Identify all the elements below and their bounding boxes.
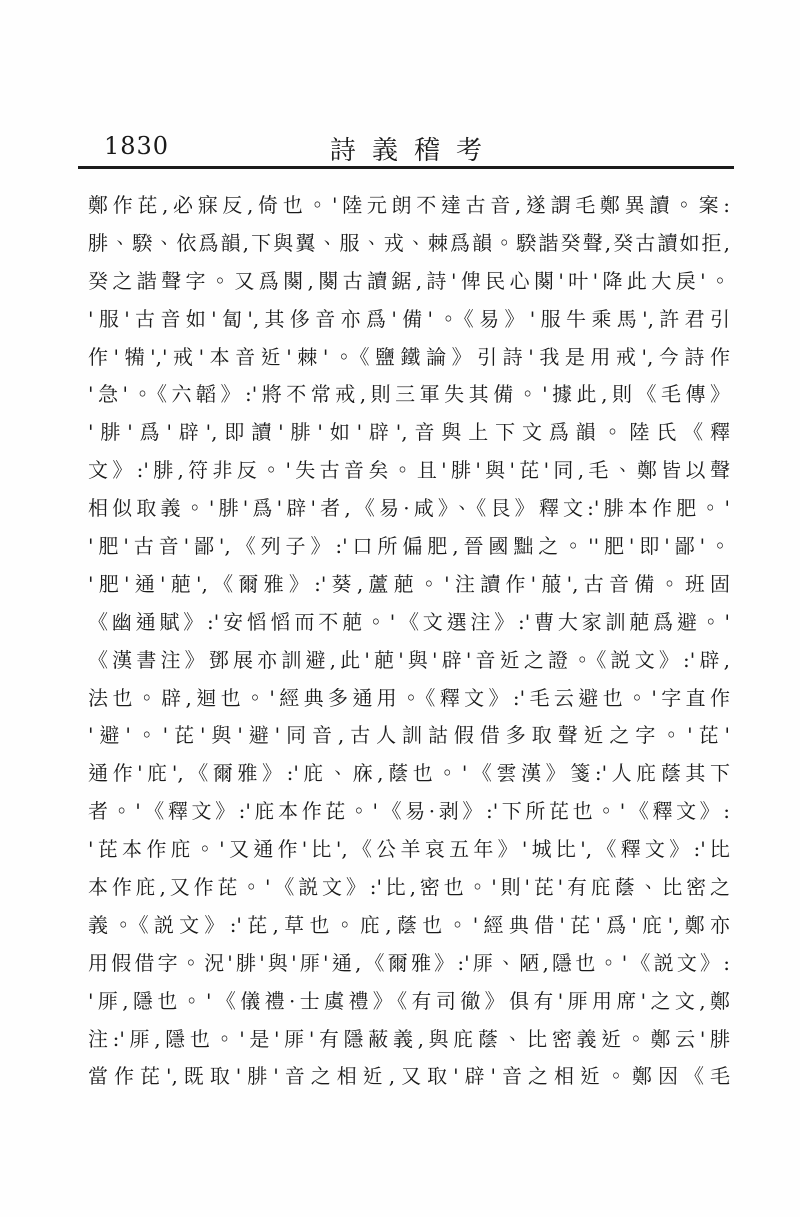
text-line: '肥'通'萉',《爾雅》:'葵,蘆萉。'注讀作'菔',古音備。班固 — [88, 566, 730, 604]
text-line: '急'。《六韜》:'將不常戒,則三軍失其備。'據此,則《毛傳》 — [88, 376, 730, 414]
header-rule — [78, 166, 734, 169]
text-line: 者。'《釋文》:'庇本作芘。'《易·剥》:'下所芘也。'《釋文》: — [88, 793, 730, 831]
text-line: 本作庇,又作芘。'《説文》:'比,密也。'則'芘'有庇蔭、比密之 — [88, 869, 730, 907]
text-line: 鄭作芘,必寐反,倚也。'陸元朗不達古音,遂謂毛鄭異讀。案: — [88, 187, 730, 225]
text-line: '腓'爲'辟',即讀'腓'如'辟',音與上下文爲韻。陸氏《釋 — [88, 414, 730, 452]
text-line: 作'犕','戒'本音近'棘'。《鹽鐵論》引詩'我是用戒',今詩作 — [88, 339, 730, 377]
text-line: 癸之諧聲字。又爲闋,闋古讀鋸,詩'俾民心闋'叶'降此大戾'。 — [88, 263, 730, 301]
page-header: 1830 詩義稽考 — [80, 128, 732, 166]
text-line: 文》:'腓,符非反。'失古音矣。且'腓'與'芘'同,毛、鄭皆以聲 — [88, 452, 730, 490]
text-line: 用假借字。況'腓'與'厞'通,《爾雅》:'厞、陋,隱也。'《説文》: — [88, 945, 730, 983]
text-line: 義。《説文》:'芘,草也。庇,蔭也。'經典借'芘'爲'庇',鄭亦 — [88, 907, 730, 945]
text-line: '芘本作庇。'又通作'比',《公羊哀五年》'城比',《釋文》:'比 — [88, 831, 730, 869]
text-line: '肥'古音'鄙',《列子》:'口所偏肥,晉國黜之。''肥'即'鄙'。 — [88, 528, 730, 566]
book-page: 1830 詩義稽考 鄭作芘,必寐反,倚也。'陸元朗不達古音,遂謂毛鄭異讀。案: … — [0, 0, 800, 1217]
text-line: 相似取義。'腓'爲'辟'者,《易·咸》、《艮》釋文:'腓本作肥。' — [88, 490, 730, 528]
text-line: 注:'厞,隱也。'是'厞'有隱蔽義,與庇蔭、比密義近。鄭云'腓 — [88, 1021, 730, 1059]
book-title: 詩義稽考 — [80, 130, 732, 167]
text-line: 《幽通賦》:'安慆慆而不萉。'《文選注》:'曹大家訓萉爲避。' — [88, 604, 730, 642]
text-line: 法也。辟,迴也。'經典多通用。《釋文》:'毛云避也。'字直作 — [88, 680, 730, 718]
text-line: '服'古音如'匐',其侈音亦爲'備'。《易》'服牛乘馬',許君引 — [88, 301, 730, 339]
text-line: 《漢書注》鄧展亦訓避,此'萉'與'辟'音近之證。《説文》:'辟, — [88, 642, 730, 680]
text-line: '厞,隱也。'《儀禮·士虞禮》《有司徹》俱有'厞用席'之文,鄭 — [88, 983, 730, 1021]
text-line: 通作'庇',《爾雅》:'庇、庥,蔭也。'《雲漢》箋:'人庇蔭其下 — [88, 755, 730, 793]
text-line: '避'。'芘'與'避'同音,古人訓詁假借多取聲近之字。'芘' — [88, 717, 730, 755]
text-line: 當作芘',既取'腓'音之相近,又取'辟'音之相近。鄭因《毛 — [88, 1058, 730, 1096]
page-body: 鄭作芘,必寐反,倚也。'陸元朗不達古音,遂謂毛鄭異讀。案: 腓、騤、依爲韻,下與… — [88, 187, 730, 1096]
text-line: 腓、騤、依爲韻,下與翼、服、戎、棘爲韻。騤諧癸聲,癸古讀如拒, — [88, 225, 730, 263]
